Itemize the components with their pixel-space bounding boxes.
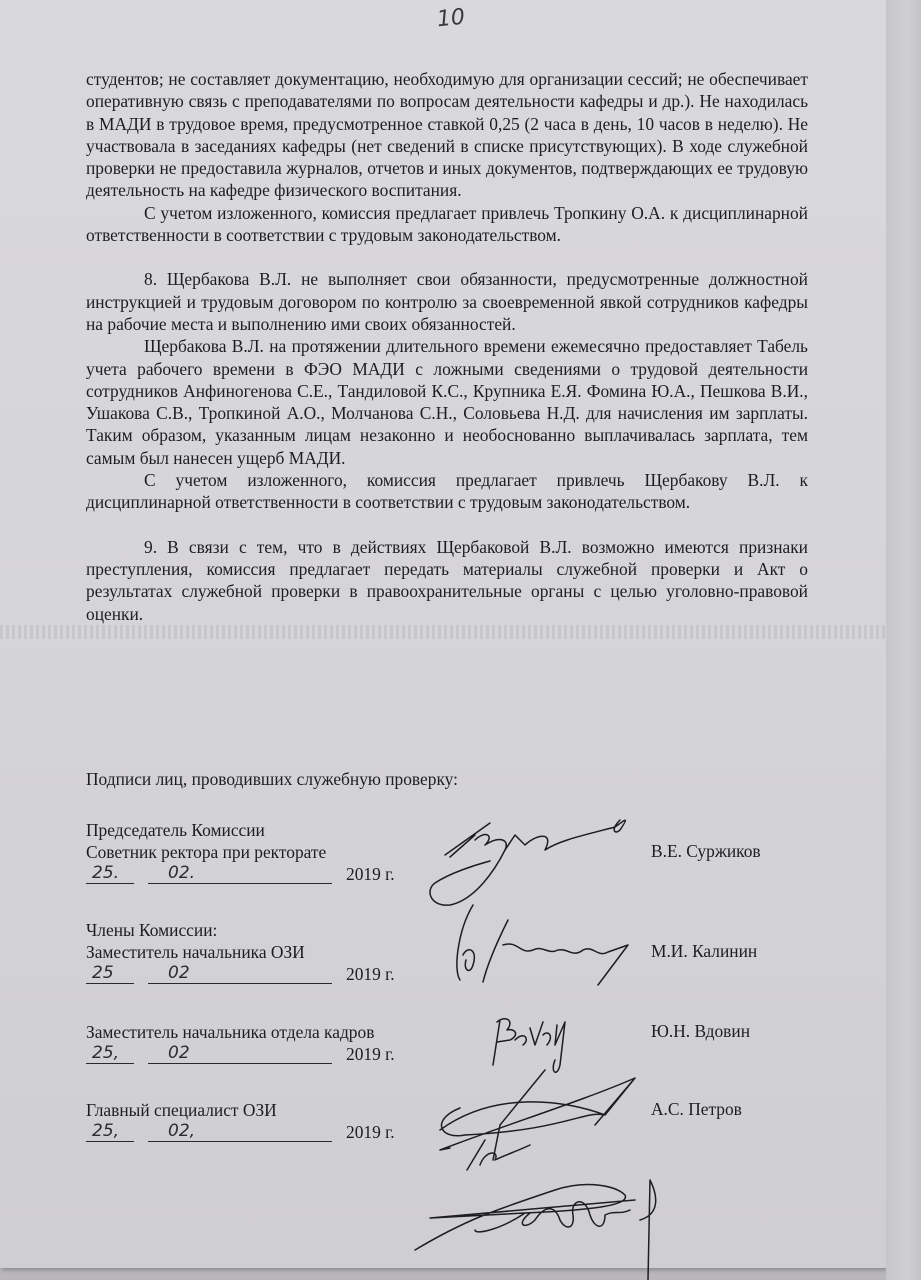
date-year: 2019 г. [346, 963, 395, 985]
scan-smudge [0, 625, 886, 639]
position-label: Заместитель начальника ОЗИ [86, 941, 305, 963]
handwritten-signature-icon [405, 1070, 665, 1280]
signatory-block-member-1: Члены Комиссии: Заместитель начальника О… [86, 919, 305, 987]
paragraph-tropkina-conclusion: С учетом изложенного, комиссия предлагае… [86, 202, 808, 247]
paragraph-continuation: студентов; не составляет документацию, н… [86, 68, 808, 202]
group-label: Члены Комиссии: [86, 919, 305, 941]
paragraph-item-9: 9. В связи с тем, что в действиях Щербак… [86, 536, 808, 625]
handwritten-page-number: 10 [436, 5, 466, 33]
page-edge-background [886, 0, 921, 1280]
paragraph-gap [86, 514, 808, 536]
date-month: 02 [148, 963, 332, 984]
date-day: 25, [86, 1043, 134, 1064]
date-month: 02. [148, 863, 332, 884]
date-year: 2019 г. [346, 1121, 395, 1143]
handwritten-signature-icon [448, 900, 648, 995]
paragraph-item-8: 8. Щербакова В.Л. не выполняет свои обяз… [86, 268, 808, 335]
paragraph-shcherbakova-conclusion: С учетом изложенного, комиссия предлагае… [86, 469, 808, 514]
date-row: 25 02 2019 г. [86, 963, 305, 987]
signatory-name: Ю.Н. Вдовин [651, 1021, 750, 1042]
position-label: Заместитель начальника отдела кадров [86, 1021, 374, 1043]
date-row: 25. 02. 2019 г. [86, 863, 326, 887]
paragraph-gap [86, 246, 808, 268]
date-month: 02 [148, 1043, 332, 1064]
signatory-block-member-2: Заместитель начальника отдела кадров 25,… [86, 1021, 374, 1067]
signatory-block-chairman: Председатель Комиссии Советник ректора п… [86, 819, 326, 887]
signatory-name: В.Е. Суржиков [651, 841, 761, 862]
date-year: 2019 г. [346, 863, 395, 885]
position-label: Советник ректора при ректорате [86, 841, 326, 863]
date-day: 25 [86, 963, 134, 984]
document-body: студентов; не составляет документацию, н… [86, 68, 808, 625]
paragraph-timesheet: Щербакова В.Л. на протяжении длительного… [86, 335, 808, 469]
document-page: 10 студентов; не составляет документацию… [0, 0, 886, 1268]
date-day: 25, [86, 1121, 134, 1142]
date-row: 25, 02, 2019 г. [86, 1121, 277, 1145]
date-year: 2019 г. [346, 1043, 395, 1065]
date-month: 02, [148, 1121, 332, 1142]
signatory-name: М.И. Калинин [651, 941, 757, 962]
signatory-block-member-3: Главный специалист ОЗИ 25, 02, 2019 г. [86, 1099, 277, 1145]
group-label: Председатель Комиссии [86, 819, 326, 841]
position-label: Главный специалист ОЗИ [86, 1099, 277, 1121]
signatures-heading: Подписи лиц, проводивших служебную прове… [86, 769, 458, 790]
date-day: 25. [86, 863, 134, 884]
date-row: 25, 02 2019 г. [86, 1043, 374, 1067]
